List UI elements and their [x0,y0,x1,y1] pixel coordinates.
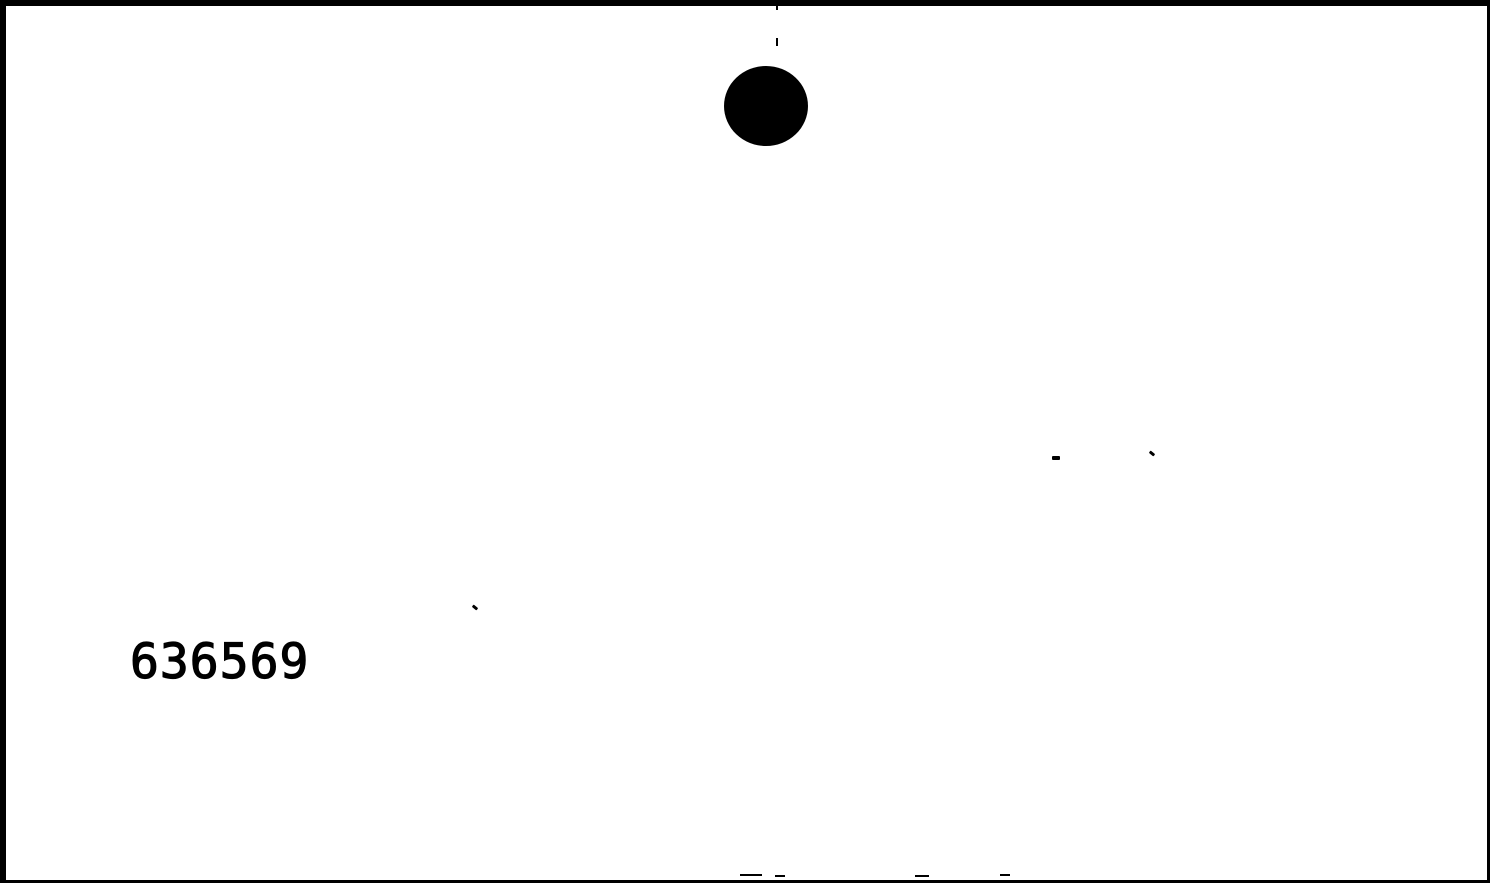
card-number: 636569 [130,638,309,686]
index-card: 636569 [4,6,1487,880]
scan-debris [740,874,762,876]
scan-speck [1149,450,1156,456]
scan-debris [915,875,929,877]
scan-speck [472,604,479,610]
scan-mark [776,4,778,10]
scan-speck [1052,456,1060,460]
scan-debris [775,875,785,877]
scan-debris [1000,874,1010,876]
scan-mark [776,38,778,46]
punch-hole [724,66,808,146]
